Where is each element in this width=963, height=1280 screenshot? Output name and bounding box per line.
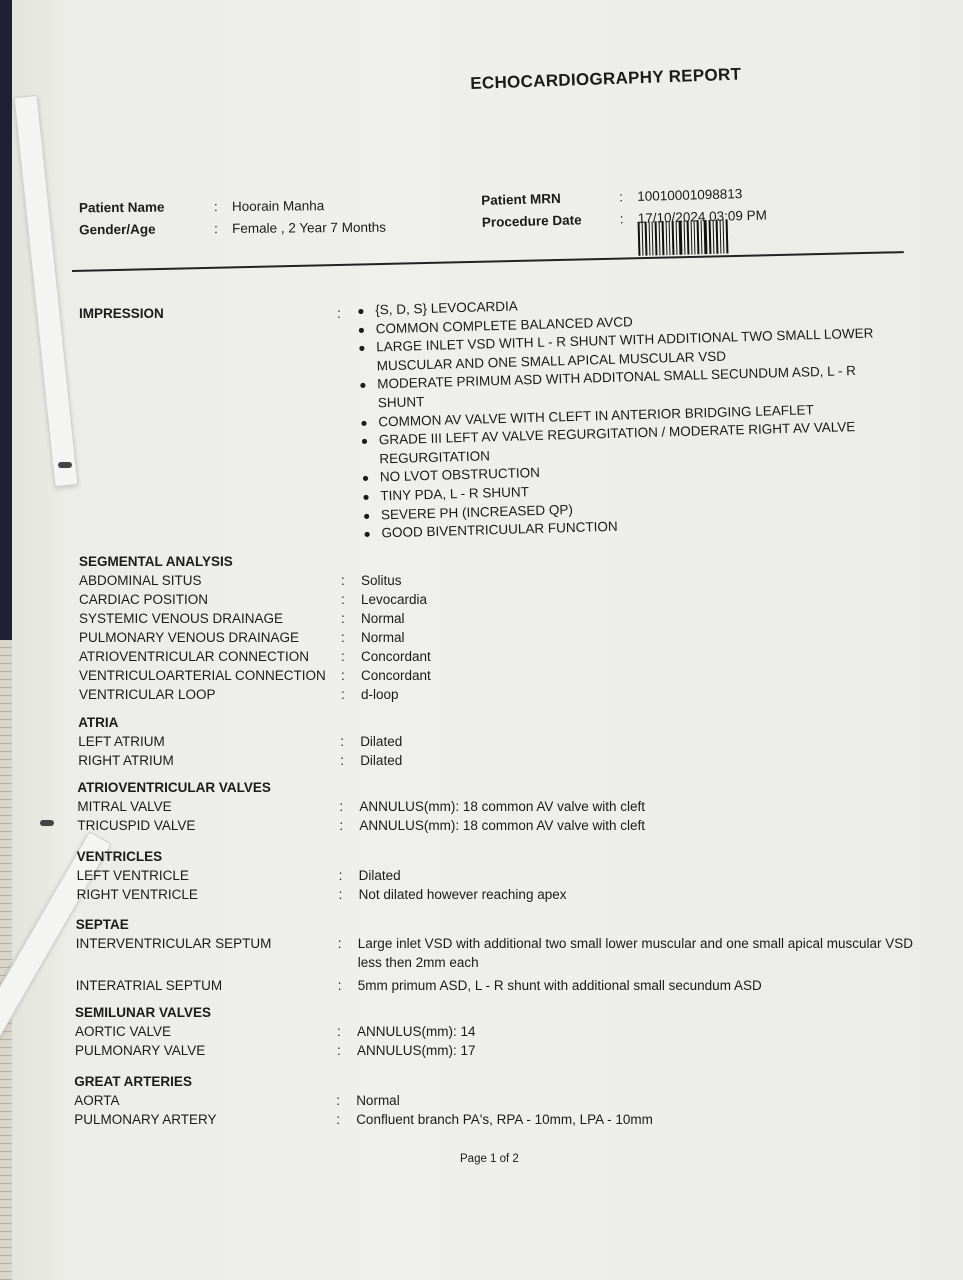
bullet-icon: ● xyxy=(363,525,371,544)
field-label: PULMONARY VALVE xyxy=(75,1041,337,1060)
section-segmental-analysis: SEGMENTAL ANALYSISABDOMINAL SITUS:Solitu… xyxy=(79,552,921,704)
field-row: TRICUSPID VALVE:ANNULUS(mm): 18 common A… xyxy=(77,816,919,835)
section-ventricles: VENTRICLESLEFT VENTRICLE:DilatedRIGHT VE… xyxy=(77,847,919,904)
field-label: SYSTEMIC VENOUS DRAINAGE xyxy=(79,609,341,628)
field-value: ANNULUS(mm): 18 common AV valve with cle… xyxy=(359,797,919,816)
patient-info-left: Patient Name:Hoorain Manha Gender/Age:Fe… xyxy=(79,195,386,242)
field-value: Dilated xyxy=(360,751,920,770)
field-label: RIGHT VENTRICLE xyxy=(77,885,339,904)
field-value: Levocardia xyxy=(361,590,921,609)
bullet-icon: ● xyxy=(358,339,366,358)
field-row: LEFT VENTRICLE:Dilated xyxy=(77,866,919,885)
punch-hole-bottom xyxy=(40,820,54,826)
field-label: RIGHT ATRIUM xyxy=(78,751,340,770)
impression-section: IMPRESSION : ●{S, D, S} LEVOCARDIA●COMMO… xyxy=(79,306,337,321)
field-label: VENTRICULOARTERIAL CONNECTION xyxy=(79,666,341,685)
field-value: ANNULUS(mm): 17 xyxy=(357,1041,917,1060)
field-label: PULMONARY VENOUS DRAINAGE xyxy=(79,628,341,647)
section-heading: GREAT ARTERIES xyxy=(74,1072,916,1091)
field-label: TRICUSPID VALVE xyxy=(77,816,339,835)
patient-name: Hoorain Manha xyxy=(232,198,324,214)
section-heading: SEGMENTAL ANALYSIS xyxy=(79,552,921,571)
barcode xyxy=(638,218,779,256)
field-label: CARDIAC POSITION xyxy=(79,590,341,609)
field-value: 5mm primum ASD, L - R shunt with additio… xyxy=(358,976,918,995)
bullet-icon: ● xyxy=(362,469,370,488)
section-semilunar-valves: SEMILUNAR VALVESAORTIC VALVE:ANNULUS(mm)… xyxy=(75,1003,917,1060)
field-value: Normal xyxy=(356,1091,916,1110)
section-septae: SEPTAEINTERVENTRICULAR SEPTUM:Large inle… xyxy=(76,915,918,995)
section-atria: ATRIALEFT ATRIUM:DilatedRIGHT ATRIUM:Dil… xyxy=(78,713,920,770)
field-row: PULMONARY VENOUS DRAINAGE:Normal xyxy=(79,628,921,647)
field-row: PULMONARY VALVE:ANNULUS(mm): 17 xyxy=(75,1041,917,1060)
field-label: LEFT ATRIUM xyxy=(78,732,340,751)
field-value: Solitus xyxy=(361,571,921,590)
bullet-icon: ● xyxy=(357,302,365,321)
section-atrioventricular-valves: ATRIOVENTRICULAR VALVESMITRAL VALVE:ANNU… xyxy=(77,778,919,835)
field-row: ATRIOVENTRICULAR CONNECTION:Concordant xyxy=(79,647,921,666)
field-label: AORTA xyxy=(74,1091,336,1110)
field-row: INTERATRIAL SEPTUM:5mm primum ASD, L - R… xyxy=(76,976,918,995)
field-row: AORTIC VALVE:ANNULUS(mm): 14 xyxy=(75,1022,917,1041)
ruler-edge xyxy=(0,640,12,1280)
section-great-arteries: GREAT ARTERIESAORTA:NormalPULMONARY ARTE… xyxy=(74,1072,916,1129)
bullet-icon: ● xyxy=(359,376,367,395)
field-value: Confluent branch PA's, RPA - 10mm, LPA -… xyxy=(356,1110,916,1129)
bullet-icon: ● xyxy=(358,320,366,339)
section-heading: SEPTAE xyxy=(76,915,918,934)
field-value: Large inlet VSD with additional two smal… xyxy=(358,934,918,972)
punch-hole-top xyxy=(58,462,72,468)
field-row: AORTA:Normal xyxy=(74,1091,916,1110)
field-row: VENTRICULOARTERIAL CONNECTION:Concordant xyxy=(79,666,921,685)
field-row: SYSTEMIC VENOUS DRAINAGE:Normal xyxy=(79,609,921,628)
field-row: CARDIAC POSITION:Levocardia xyxy=(79,590,921,609)
field-label: PULMONARY ARTERY xyxy=(74,1110,336,1129)
impression-label: IMPRESSION xyxy=(79,306,337,321)
field-label: LEFT VENTRICLE xyxy=(77,866,339,885)
bullet-icon: ● xyxy=(362,488,370,507)
field-value: Not dilated however reaching apex xyxy=(359,885,919,904)
bullet-icon: ● xyxy=(363,506,371,525)
field-value: Normal xyxy=(361,628,921,647)
gender-age: Female , 2 Year 7 Months xyxy=(232,220,386,236)
field-value: Dilated xyxy=(360,732,920,751)
field-label: INTERATRIAL SEPTUM xyxy=(76,976,338,995)
field-label: VENTRICULAR LOOP xyxy=(79,685,341,704)
field-row: LEFT ATRIUM:Dilated xyxy=(78,732,920,751)
field-label: INTERVENTRICULAR SEPTUM xyxy=(76,934,338,953)
field-value: ANNULUS(mm): 18 common AV valve with cle… xyxy=(359,816,919,835)
impression-list: ●{S, D, S} LEVOCARDIA●COMMON COMPLETE BA… xyxy=(355,286,922,543)
field-row: PULMONARY ARTERY:Confluent branch PA's, … xyxy=(74,1110,916,1129)
field-value: Normal xyxy=(361,609,921,628)
patient-name-label: Patient Name xyxy=(79,196,214,219)
mrn-value: 10010001098813 xyxy=(637,186,742,204)
field-row: INTERVENTRICULAR SEPTUM:Large inlet VSD … xyxy=(76,934,918,972)
field-row: VENTRICULAR LOOP:d-loop xyxy=(79,685,921,704)
field-row: RIGHT ATRIUM:Dilated xyxy=(78,751,920,770)
field-value: ANNULUS(mm): 14 xyxy=(357,1022,917,1041)
field-label: ABDOMINAL SITUS xyxy=(79,571,341,590)
field-label: AORTIC VALVE xyxy=(75,1022,337,1041)
section-heading: ATRIOVENTRICULAR VALVES xyxy=(77,778,919,797)
file-tag-top xyxy=(14,95,79,487)
field-value: Concordant xyxy=(361,666,921,685)
field-row: RIGHT VENTRICLE:Not dilated however reac… xyxy=(77,885,919,904)
field-value: d-loop xyxy=(361,685,921,704)
field-value: Concordant xyxy=(361,647,921,666)
procedure-date-label: Procedure Date xyxy=(482,208,621,234)
bullet-icon: ● xyxy=(361,432,369,451)
section-heading: VENTRICLES xyxy=(77,847,919,866)
bullet-icon: ● xyxy=(360,413,368,432)
field-value: Dilated xyxy=(359,866,919,885)
page-number: Page 1 of 2 xyxy=(460,1153,519,1165)
field-label: MITRAL VALVE xyxy=(77,797,339,816)
field-row: MITRAL VALVE:ANNULUS(mm): 18 common AV v… xyxy=(77,797,919,816)
field-row: ABDOMINAL SITUS:Solitus xyxy=(79,571,921,590)
field-label: ATRIOVENTRICULAR CONNECTION xyxy=(79,647,341,666)
section-heading: SEMILUNAR VALVES xyxy=(75,1003,917,1022)
section-heading: ATRIA xyxy=(78,713,920,732)
gender-age-label: Gender/Age xyxy=(79,218,214,241)
